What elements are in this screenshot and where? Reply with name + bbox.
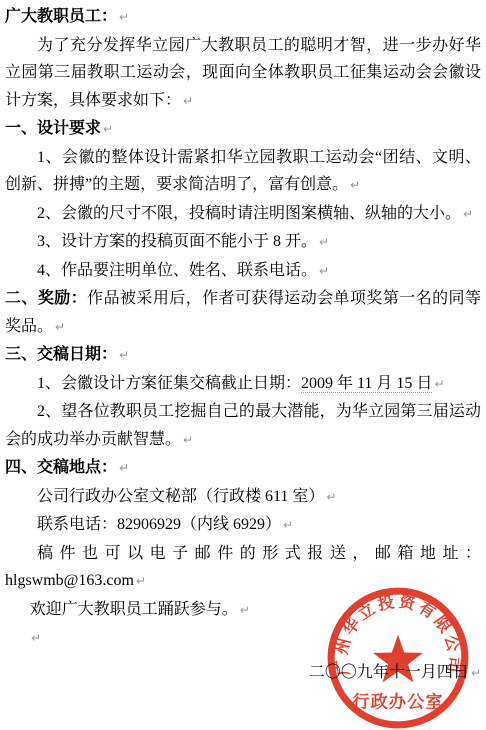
section2-paragraph: 二、奖励：作品被采用后，作者可获得运动会单项奖第一名的同等奖品。↵ xyxy=(5,285,481,341)
submission-address-line: 公司行政办公室文秘部（行政楼 611 室）↵ xyxy=(5,483,481,512)
paragraph-mark-icon: ↵ xyxy=(29,631,41,645)
section2-title-text: 二、奖励： xyxy=(5,290,87,307)
email-line-text: 稿件也可以电子邮件的形式报送，邮箱地址： xyxy=(37,545,481,562)
paragraph-mark-icon: ↵ xyxy=(281,518,293,532)
section1-item-3-text: 3、设计方案的投稿页面不能小于 8 开。 xyxy=(37,233,317,250)
paragraph-mark-icon: ↵ xyxy=(238,603,250,617)
section3-title-text: 三、交稿日期： xyxy=(5,346,117,363)
deadline-label: 1、会徽设计方案征集交稿截止日期： xyxy=(37,375,301,392)
section1-item-2-text: 2、会徽的尺寸不限，投稿时请注明图案横轴、纵轴的大小。 xyxy=(37,205,461,222)
section1-item-4-text: 4、作品要注明单位、姓名、联系电话。 xyxy=(37,262,317,279)
paragraph-mark-icon: ↵ xyxy=(432,377,444,391)
paragraph-mark-icon: ↵ xyxy=(317,235,329,249)
section1-item-3: 3、设计方案的投稿页面不能小于 8 开。↵ xyxy=(5,228,481,257)
paragraph-mark-icon: ↵ xyxy=(461,207,473,221)
paragraph-mark-icon: ↵ xyxy=(117,461,129,475)
intro-paragraph: 为了充分发挥华立园广大教职员工的聪明才智，进一步办好华立园第三届教职工运动会，现… xyxy=(5,32,481,116)
deadline-date: 2009 年 11 月 15 日 xyxy=(301,375,432,393)
section3-item-1: 1、会徽设计方案征集交稿截止日期：2009 年 11 月 15 日↵ xyxy=(5,370,481,399)
signature-date-line: 二〇〇九年十一月四日↵ xyxy=(5,659,481,688)
paragraph-mark-icon: ↵ xyxy=(181,433,193,447)
paragraph-mark-icon: ↵ xyxy=(348,178,360,192)
section3-title: 三、交稿日期：↵ xyxy=(5,341,481,370)
salutation-line: 广大教职员工：↵ xyxy=(5,3,481,32)
section1-item-2: 2、会徽的尺寸不限，投稿时请注明图案横轴、纵轴的大小。↵ xyxy=(5,200,481,229)
intro-text: 为了充分发挥华立园广大教职员工的聪明才智，进一步办好华立园第三届教职工运动会，现… xyxy=(5,37,481,109)
section3-item-2-text: 2、望各位教职员工挖掘自己的最大潜能，为华立园第三届运动会的成功举办贡献智慧。 xyxy=(5,403,481,448)
company-seal-graphic: 广州华立投资有限公司 行政办公室 xyxy=(322,582,474,730)
section1-title: 一、设计要求↵ xyxy=(5,115,481,144)
section1-item-1: 1、会徽的整体设计需紧扣华立园教职工运动会“团结、文明、创新、拼搏”的主题，要求… xyxy=(5,144,481,200)
section3-item-2: 2、望各位教职员工挖掘自己的最大潜能，为华立园第三届运动会的成功举办贡献智慧。↵ xyxy=(5,398,481,454)
paragraph-mark-icon: ↵ xyxy=(134,574,146,588)
closing-text: 欢迎广大教职员工踊跃参与。 xyxy=(30,601,238,618)
paragraph-mark-icon: ↵ xyxy=(117,10,129,24)
paragraph-mark-icon: ↵ xyxy=(469,666,481,680)
paragraph-mark-icon: ↵ xyxy=(324,490,336,504)
paragraph-mark-icon: ↵ xyxy=(101,122,113,136)
seal-department-text: 行政办公室 xyxy=(352,692,443,712)
submission-address-text: 公司行政办公室文秘部（行政楼 611 室） xyxy=(37,488,324,505)
salutation-text: 广大教职员工： xyxy=(5,8,117,25)
company-seal: 广州华立投资有限公司 行政办公室 xyxy=(322,582,474,730)
section4-title-text: 四、交稿地点： xyxy=(5,459,117,476)
section4-title: 四、交稿地点：↵ xyxy=(5,454,481,483)
signature-date-text: 二〇〇九年十一月四日 xyxy=(309,664,469,681)
section1-item-1-text: 1、会徽的整体设计需紧扣华立园教职工运动会“团结、文明、创新、拼搏”的主题，要求… xyxy=(5,149,481,194)
word-document-page[interactable]: 广大教职员工：↵ 为了充分发挥华立园广大教职员工的聪明才智，进一步办好华立园第三… xyxy=(0,0,486,730)
paragraph-mark-icon: ↵ xyxy=(117,348,129,362)
contact-phone-line: 联系电话：82906929（内线 6929）↵ xyxy=(5,511,481,540)
section1-item-4: 4、作品要注明单位、姓名、联系电话。↵ xyxy=(5,257,481,286)
paragraph-mark-icon: ↵ xyxy=(53,320,65,334)
contact-phone-text: 联系电话：82906929（内线 6929） xyxy=(37,516,281,533)
paragraph-mark-icon: ↵ xyxy=(317,264,329,278)
email-address: hlgswmb@163.com xyxy=(5,572,134,589)
section1-title-text: 一、设计要求 xyxy=(5,120,101,137)
paragraph-mark-icon: ↵ xyxy=(181,94,193,108)
